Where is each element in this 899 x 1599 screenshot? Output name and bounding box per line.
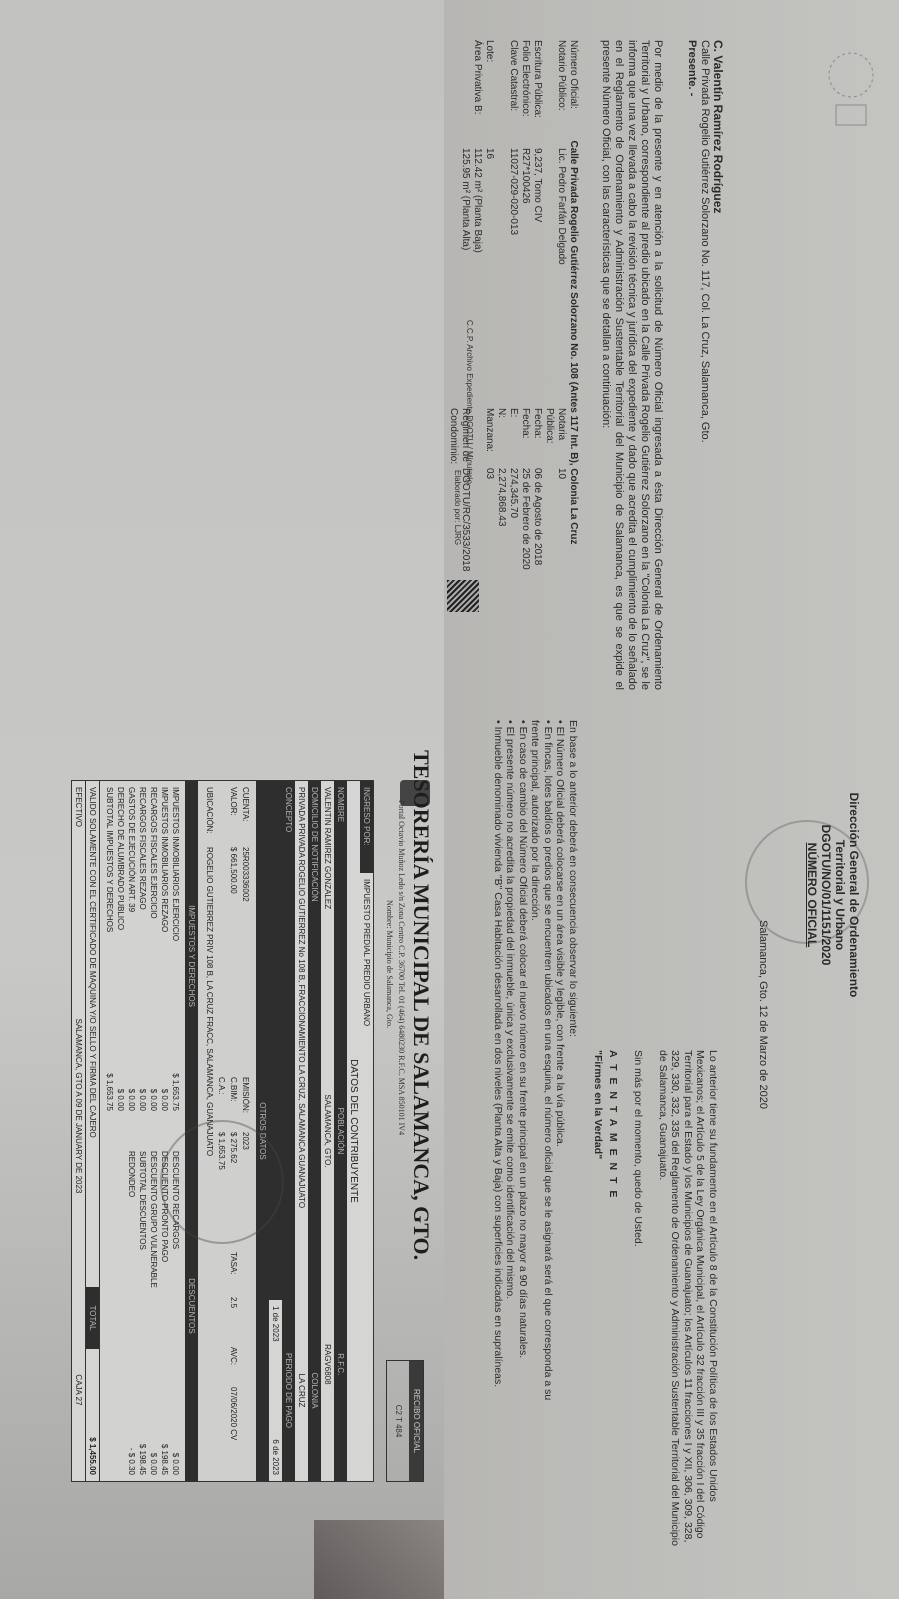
hand-shadow bbox=[314, 1520, 444, 1599]
recipient-block: C. Valentín Ramírez Rodríguez Calle Priv… bbox=[685, 40, 724, 443]
field-v2: 03 bbox=[483, 468, 495, 680]
field-v1: 9,237, Tomo CIV bbox=[531, 148, 543, 408]
recipient-greeting: Presente. - bbox=[685, 40, 698, 443]
line-item: SUBTOTAL IMPUESTOS Y DERECHOS$ 1,653.75 bbox=[104, 787, 115, 1111]
field-v1: Lic. Pedro Farfán Delgado bbox=[543, 148, 567, 408]
domicilio-value: PRIVADA PRIVADA ROGELIO GUTIERREZ No 108… bbox=[295, 781, 308, 1300]
cuenta-value: 25R003336002 bbox=[239, 847, 251, 1067]
contribuyente-header: DATOS DEL CONTRIBUYENTE bbox=[347, 781, 360, 1481]
avaluo-label: AVC: bbox=[227, 1347, 239, 1377]
field-row: N:2,274,868.43 bbox=[495, 40, 507, 680]
col-concepto: CONCEPTO bbox=[282, 781, 295, 1300]
field-row: Escritura Pública:9,237, Tomo CIVFecha:0… bbox=[531, 40, 543, 680]
official-number-letter: Dirección General de Ordenamiento Territ… bbox=[444, 0, 899, 1599]
field-v2: DGOTU/RC/3533/2018 bbox=[447, 468, 471, 680]
field-row: Lote:16Manzana:03 bbox=[483, 40, 495, 680]
ubicacion-value: ROGELIO GUTIERREZ PRIV 108 B, LA CRUZ FR… bbox=[203, 847, 215, 1156]
office-line2: Territorial y Urbano bbox=[833, 660, 847, 1130]
field-v2: 10 bbox=[543, 468, 567, 680]
line-item: IMPUESTOS INMOBILIARIOS EJERCICIO$ 1,653… bbox=[170, 787, 181, 1111]
field-lab2: Fecha: bbox=[531, 408, 543, 468]
col-domicilio: DOMICILIO DE NOTIFICACIÓN bbox=[308, 781, 321, 1300]
colonia-value: LA CRUZ bbox=[295, 1300, 308, 1481]
line-item: DESCUENTO GRUPO VULNERABLE$ 0.00 bbox=[148, 1151, 159, 1475]
line-item: REDONDEO- $ 0.30 bbox=[126, 1151, 137, 1475]
impuestos-header: IMPUESTOS Y DERECHOS bbox=[185, 781, 198, 1131]
periodo-hasta: 6 de 2023 bbox=[269, 1439, 282, 1475]
emision-label: EMISIÓN: bbox=[239, 1077, 251, 1122]
line-item: RECARGOS FISCALES REZAGO$ 0.00 bbox=[137, 787, 148, 1111]
field-row: Notario Público:Lic. Pedro Farfán Delgad… bbox=[543, 40, 567, 680]
field-v2: 06 de Agosto de 2018 bbox=[531, 468, 543, 680]
letter-date: Salamanca, Gto. 12 de Marzo de 2020 bbox=[757, 920, 769, 1109]
receipt-number: C2 T 484 bbox=[387, 1361, 409, 1481]
line-item: SUBTOTAL DESCUENTOS$ 198.45 bbox=[137, 1151, 148, 1475]
field-v2: 274,345.70 bbox=[507, 468, 519, 680]
impuestos-list: IMPUESTOS INMOBILIARIOS EJERCICIO$ 1,653… bbox=[104, 787, 181, 1131]
field-lab: Lote: bbox=[483, 40, 495, 148]
field-v1 bbox=[495, 148, 507, 408]
field-lab: Área Privativa B: bbox=[471, 40, 483, 148]
ingreso-por-label: INGRESO POR: bbox=[360, 781, 373, 873]
field-lab: Escritura Pública: bbox=[531, 40, 543, 148]
place-date: SALAMANCA, GTO A 09 DE JANUARY DE 2023 bbox=[72, 913, 85, 1299]
col-poblacion: POBLACIÓN bbox=[334, 1014, 347, 1247]
col-colonia: COLONIA bbox=[308, 1300, 321, 1481]
field-lab bbox=[447, 40, 471, 148]
official-receipt-box: RECIBO OFICIAL C2 T 484 bbox=[386, 1360, 424, 1482]
field-lab2: Fecha: bbox=[519, 408, 531, 468]
field-lab2: Manzana: bbox=[483, 408, 495, 468]
total-value: $ 1,455.00 bbox=[86, 1349, 99, 1481]
field-lab2: Régimen de Condominio: bbox=[447, 408, 471, 468]
poblacion-value: SALAMANCA, GTO. bbox=[321, 1014, 334, 1247]
reference-number: DGOTU/NO/01/1151/2020 bbox=[819, 660, 833, 1130]
cashier: CAJA 27 bbox=[72, 1299, 85, 1481]
line-item: GASTOS DE EJECUCIÓN ART. 39$ 0.00 bbox=[126, 787, 137, 1111]
validity-note: VALIDO SOLAMENTE CON EL CERTIFICADO DE M… bbox=[86, 781, 99, 1287]
recipient-address: Calle Privada Rogelio Gutiérrez Solorzan… bbox=[698, 40, 711, 443]
line-item: RECARGOS FISCALES EJERCICIO$ 0.00 bbox=[148, 787, 159, 1111]
field-lab bbox=[495, 40, 507, 148]
ca-label: C.A.: bbox=[215, 1077, 227, 1122]
field-row: Folio Electrónico:R27*100426Fecha:25 de … bbox=[519, 40, 531, 680]
field-lab: Folio Electrónico: bbox=[519, 40, 531, 148]
field-lab: Número Oficial: bbox=[567, 40, 579, 140]
document-photo: Dirección General de Ordenamiento Territ… bbox=[0, 0, 899, 1599]
official-receipt-label: RECIBO OFICIAL bbox=[409, 1361, 423, 1481]
ingreso-por-value: IMPUESTO PREDIAL PREDIO URBANO bbox=[360, 873, 373, 1481]
field-v1: Calle Privada Rogelio Gutiérrez Solorzan… bbox=[567, 140, 579, 624]
field-v2: 2,274,868.43 bbox=[495, 468, 507, 680]
rfc-value: RAGV6808 bbox=[321, 1248, 334, 1481]
field-row: Número Oficial:Calle Privada Rogelio Gut… bbox=[567, 40, 579, 680]
periodo-desde: 1 de 2023 bbox=[269, 1306, 282, 1342]
col-nombre: NOMBRE bbox=[334, 781, 347, 1014]
treasury-stamp-icon bbox=[160, 1120, 284, 1244]
field-v2: 25 de Febrero de 2020 bbox=[519, 468, 531, 680]
col-periodo: PERIODO DE PAGO bbox=[282, 1300, 295, 1481]
field-lab2: Notaria Pública: bbox=[543, 408, 567, 468]
field-lab2 bbox=[471, 408, 483, 468]
line-item: DERECHO DE ALUMBRADO PUBLICO$ 0.00 bbox=[115, 787, 126, 1111]
receipt-title: TESORERÍA MUNICIPAL DE SALAMANCA, GTO. bbox=[408, 750, 434, 1260]
tasa-value: 2.5 bbox=[227, 1297, 239, 1337]
valor-value: $ 661,500.00 bbox=[227, 847, 239, 1067]
property-fields: Número Oficial:Calle Privada Rogelio Gut… bbox=[447, 40, 579, 680]
line-item: IMPUESTOS INMOBILIARIOS REZAGO$ 0.00 bbox=[159, 787, 170, 1111]
letter-header: Dirección General de Ordenamiento Territ… bbox=[805, 660, 861, 1130]
field-lab2 bbox=[567, 624, 579, 680]
document-type: NÚMERO OFICIAL bbox=[805, 660, 819, 1130]
tax-receipt: TESORERÍA MUNICIPAL DE SALAMANCA, GTO. P… bbox=[0, 0, 444, 1599]
field-row: Clave Catastral:11027-029-020-013E:274,3… bbox=[507, 40, 519, 680]
receipt-address: Portal Octavio Muñoz Ledo s/n Zona Centr… bbox=[397, 800, 406, 1135]
field-lab2: N: bbox=[495, 408, 507, 468]
field-v1: 125.95 m² (Planta Alta) bbox=[447, 148, 471, 408]
office-line1: Dirección General de Ordenamiento bbox=[847, 660, 861, 1130]
field-v1: 11027-029-020-013 bbox=[507, 148, 519, 408]
field-lab2: E: bbox=[507, 408, 519, 468]
intro-paragraph: Por medio de la presente y en atención a… bbox=[599, 40, 664, 690]
avaluo-value: 07/06/2020 CV bbox=[227, 1387, 239, 1440]
total-label: TOTAL bbox=[86, 1287, 99, 1349]
receipt-entity: Nombre: Municipio de Salamanca, Gto. bbox=[385, 900, 394, 1028]
field-v2 bbox=[471, 468, 483, 680]
field-lab: Clave Catastral: bbox=[507, 40, 519, 148]
field-row: Área Privativa B:112.42 m² (Planta Baja) bbox=[471, 40, 483, 680]
cbim-label: C.BIM: bbox=[227, 1077, 239, 1122]
field-row: 125.95 m² (Planta Alta)Régimen de Condom… bbox=[447, 40, 471, 680]
municipal-logo-icon bbox=[811, 45, 891, 140]
field-v1: 112.42 m² (Planta Baja) bbox=[471, 148, 483, 408]
field-v1: R27*100426 bbox=[519, 148, 531, 408]
ubicacion-label: UBICACIÓN: bbox=[203, 787, 215, 837]
tasa-label: TASA: bbox=[227, 1252, 239, 1287]
valor-label: VALOR: bbox=[227, 787, 239, 837]
field-lab: Notario Público: bbox=[543, 40, 567, 148]
recipient-name: C. Valentín Ramírez Rodríguez bbox=[711, 40, 724, 443]
col-rfc: R.F.C. bbox=[334, 1248, 347, 1481]
payment-method: EFECTIVO bbox=[72, 781, 85, 913]
cuenta-label: CUENTA: bbox=[239, 787, 251, 837]
nombre-value: VALENTIN RAMIREZ GONZALEZ bbox=[321, 781, 334, 1014]
field-v1: 16 bbox=[483, 148, 495, 408]
